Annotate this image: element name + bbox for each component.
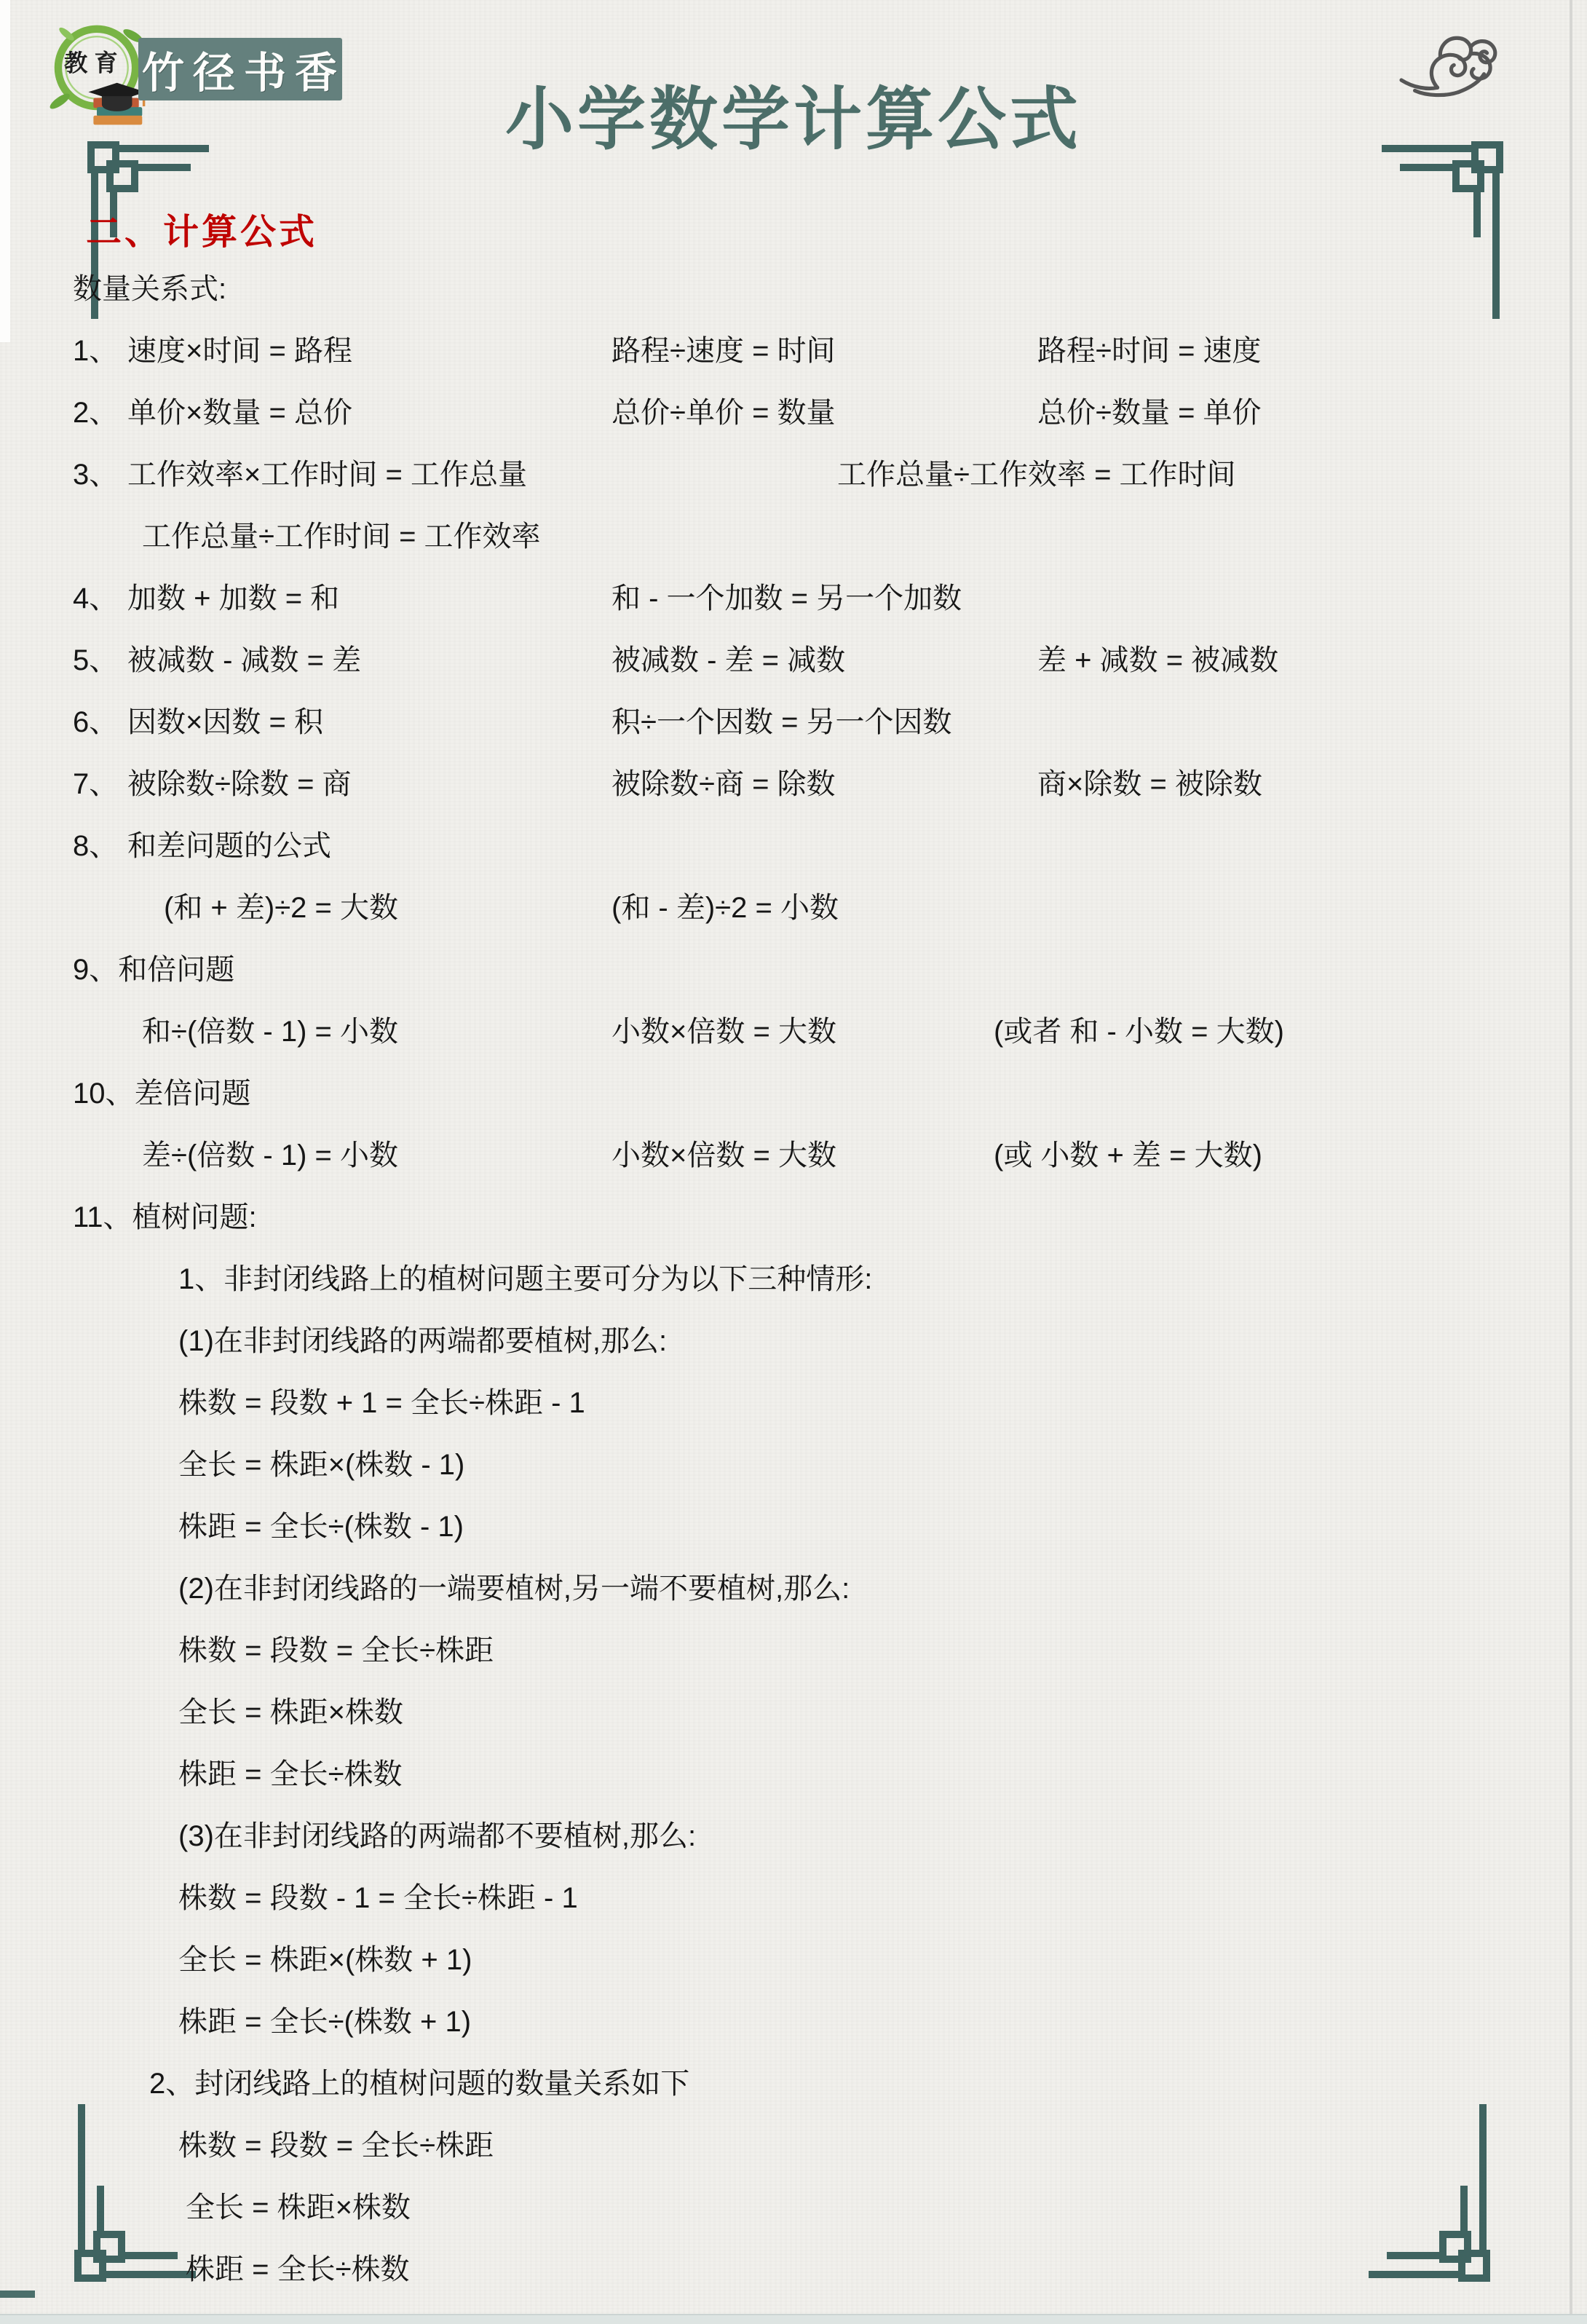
formula-text: 11、植树问题:	[73, 1199, 257, 1236]
formula-line: (3)在非封闭线路的两端都不要植树,那么:	[0, 1818, 1587, 1854]
formula-line: 全长 = 株距×株数	[0, 1694, 1587, 1731]
formula-text: (1)在非封闭线路的两端都要植树,那么:	[178, 1323, 667, 1359]
formula-text: 5、	[73, 642, 118, 679]
formula-text: 株数 = 段数 = 全长÷株距	[178, 1632, 494, 1669]
formula-text: 株距 = 全长÷株数	[178, 1756, 403, 1793]
formula-line: (1)在非封闭线路的两端都要植树,那么:	[0, 1323, 1587, 1359]
formula-text: 2、	[73, 395, 118, 431]
formula-text: 全长 = 株距×株数	[178, 1694, 403, 1731]
formula-text: 被除数÷除数 = 商	[127, 766, 352, 802]
formula-line: 10、差倍问题	[0, 1075, 1587, 1112]
formula-text: 株数 = 段数 + 1 = 全长÷株距 - 1	[178, 1385, 585, 1421]
formula-text: 数量关系式:	[73, 271, 226, 307]
formula-text: 总价÷单价 = 数量	[612, 395, 836, 431]
formula-text: 差 + 减数 = 被减数	[1037, 642, 1278, 679]
formula-text: 全长 = 株距×(株数 + 1)	[178, 1942, 472, 1978]
formula-line: 和÷(倍数 - 1) = 小数小数×倍数 = 大数(或者 和 - 小数 = 大数…	[0, 1013, 1587, 1050]
formula-text: 因数×因数 = 积	[127, 704, 323, 740]
formula-line: 全长 = 株距×株数	[0, 2189, 1587, 2226]
formula-text: 被减数 - 差 = 减数	[612, 642, 845, 679]
formula-text: 和差问题的公式	[127, 828, 331, 864]
formula-text: 速度×时间 = 路程	[127, 333, 352, 369]
formula-text: 株数 = 段数 - 1 = 全长÷株距 - 1	[178, 1880, 578, 1916]
formula-text: 商×除数 = 被除数	[1037, 766, 1262, 802]
formula-text: 路程÷时间 = 速度	[1037, 333, 1262, 369]
formula-line: 6、因数×因数 = 积积÷一个因数 = 另一个因数	[0, 704, 1587, 740]
formula-line: 株数 = 段数 + 1 = 全长÷株距 - 1	[0, 1385, 1587, 1421]
formula-text: 6、	[73, 704, 118, 740]
formula-text: 全长 = 株距×(株数 - 1)	[178, 1447, 464, 1483]
formula-text: 9、和倍问题	[73, 952, 234, 988]
formula-text: 加数 + 加数 = 和	[127, 580, 339, 617]
formula-line: 8、和差问题的公式	[0, 828, 1587, 864]
formula-text: 工作总量÷工作时间 = 工作效率	[142, 518, 541, 555]
formula-text: 工作总量÷工作效率 = 工作时间	[837, 456, 1236, 493]
formula-line: (2)在非封闭线路的一端要植树,另一端不要植树,那么:	[0, 1570, 1587, 1607]
formula-text: 单价×数量 = 总价	[127, 395, 352, 431]
formula-line: 全长 = 株距×(株数 + 1)	[0, 1942, 1587, 1978]
formula-text: 路程÷速度 = 时间	[612, 333, 836, 369]
formula-text: 被减数 - 减数 = 差	[127, 642, 361, 679]
formula-line: 差÷(倍数 - 1) = 小数小数×倍数 = 大数(或 小数 + 差 = 大数)	[0, 1137, 1587, 1174]
formula-text: (或者 和 - 小数 = 大数)	[994, 1013, 1284, 1050]
formula-line: 2、封闭线路上的植树问题的数量关系如下	[0, 2066, 1587, 2102]
formula-text: (和 + 差)÷2 = 大数	[164, 890, 398, 926]
page-right-edge	[1570, 0, 1572, 2324]
formula-text: 2、封闭线路上的植树问题的数量关系如下	[149, 2066, 689, 2102]
formula-text: 株数 = 段数 = 全长÷株距	[178, 2127, 494, 2164]
formula-line: 数量关系式:	[0, 271, 1587, 307]
formula-line: 3、工作效率×工作时间 = 工作总量工作总量÷工作效率 = 工作时间	[0, 456, 1587, 493]
formula-line: 株距 = 全长÷株数	[0, 2251, 1587, 2288]
formula-text: 株距 = 全长÷株数	[186, 2251, 410, 2288]
formula-line: 株数 = 段数 = 全长÷株距	[0, 1632, 1587, 1669]
formula-text: (2)在非封闭线路的一端要植树,另一端不要植树,那么:	[178, 1570, 850, 1607]
formula-text: 小数×倍数 = 大数	[612, 1137, 836, 1174]
formula-text: 1、非封闭线路上的植树问题主要可分为以下三种情形:	[178, 1261, 872, 1297]
document-page: 教育 竹径书香 小学数学计算公式	[0, 0, 1587, 2324]
formula-line: 株数 = 段数 = 全长÷株距	[0, 2127, 1587, 2164]
formula-text: 8、	[73, 828, 118, 864]
formula-text: 3、	[73, 456, 118, 493]
formula-line: (和 + 差)÷2 = 大数(和 - 差)÷2 = 小数	[0, 890, 1587, 926]
formula-line: 1、速度×时间 = 路程路程÷速度 = 时间路程÷时间 = 速度	[0, 333, 1587, 369]
formula-text: 和 - 一个加数 = 另一个加数	[612, 580, 962, 617]
formula-line: 工作总量÷工作时间 = 工作效率	[0, 518, 1587, 555]
formula-text: 株距 = 全长÷(株数 - 1)	[178, 1509, 464, 1545]
formula-text: 和÷(倍数 - 1) = 小数	[142, 1013, 398, 1050]
formula-line: 7、被除数÷除数 = 商被除数÷商 = 除数商×除数 = 被除数	[0, 766, 1587, 802]
formula-text: 总价÷数量 = 单价	[1037, 395, 1262, 431]
formula-text: 全长 = 株距×株数	[186, 2189, 411, 2226]
formula-line: 株距 = 全长÷(株数 - 1)	[0, 1509, 1587, 1545]
formula-text: 7、	[73, 766, 118, 802]
formula-text: 被除数÷商 = 除数	[612, 766, 836, 802]
formula-text: 差÷(倍数 - 1) = 小数	[142, 1137, 398, 1174]
formula-text: 4、	[73, 580, 118, 617]
formula-line: 株距 = 全长÷株数	[0, 1756, 1587, 1793]
formula-text: 小数×倍数 = 大数	[612, 1013, 836, 1050]
formula-text: 工作效率×工作时间 = 工作总量	[127, 456, 527, 493]
formula-line: 11、植树问题:	[0, 1199, 1587, 1236]
formula-text: 株距 = 全长÷(株数 + 1)	[178, 2004, 471, 2040]
formula-line: 2、单价×数量 = 总价总价÷单价 = 数量总价÷数量 = 单价	[0, 395, 1587, 431]
formula-line: 株数 = 段数 - 1 = 全长÷株距 - 1	[0, 1880, 1587, 1916]
formula-line: 9、和倍问题	[0, 952, 1587, 988]
formula-line: 株距 = 全长÷(株数 + 1)	[0, 2004, 1587, 2040]
formula-text: (或 小数 + 差 = 大数)	[994, 1137, 1262, 1174]
formula-line: 4、加数 + 加数 = 和和 - 一个加数 = 另一个加数	[0, 580, 1587, 617]
formula-list: 数量关系式:1、速度×时间 = 路程路程÷速度 = 时间路程÷时间 = 速度2、…	[0, 0, 1587, 2324]
formula-text: 1、	[73, 333, 118, 369]
page-bottom-edge	[0, 2314, 1587, 2324]
formula-text: (3)在非封闭线路的两端都不要植树,那么:	[178, 1818, 696, 1854]
formula-text: (和 - 差)÷2 = 小数	[612, 890, 839, 926]
formula-text: 积÷一个因数 = 另一个因数	[612, 704, 952, 740]
formula-line: 全长 = 株距×(株数 - 1)	[0, 1447, 1587, 1483]
formula-line: 1、非封闭线路上的植树问题主要可分为以下三种情形:	[0, 1261, 1587, 1297]
formula-line: 5、被减数 - 减数 = 差被减数 - 差 = 减数差 + 减数 = 被减数	[0, 642, 1587, 679]
formula-text: 10、差倍问题	[73, 1075, 251, 1112]
